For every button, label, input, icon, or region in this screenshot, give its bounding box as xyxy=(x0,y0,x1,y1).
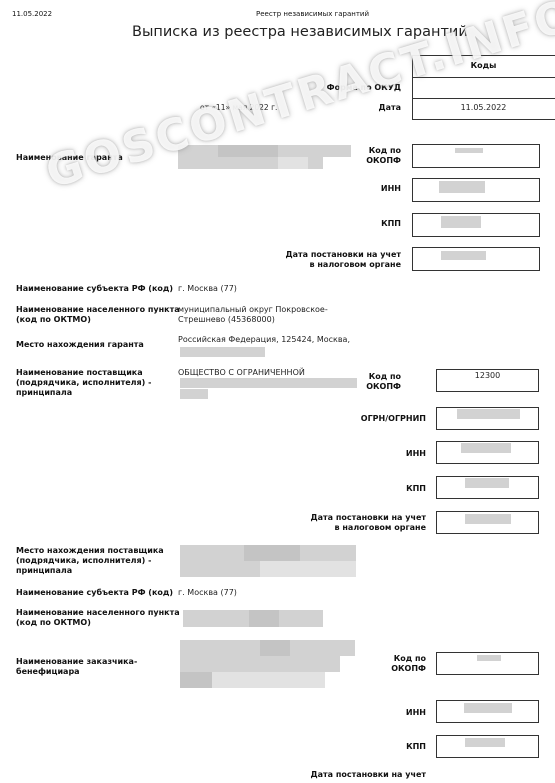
print-date: 11.05.2022 xyxy=(12,10,52,18)
supplier-locality-redacted xyxy=(183,610,323,627)
locality-label-line-2: (код по ОКТМО) xyxy=(16,315,180,325)
guarantor-okopf-label: Код по ОКОПФ xyxy=(340,146,401,166)
supplier-inn-box xyxy=(436,441,539,464)
tax-reg-label-line-1: Дата постановки на учет xyxy=(250,513,426,523)
supplier-name-label: Наименование поставщика (подрядчика, исп… xyxy=(16,368,151,398)
locality-label-line-1: Наименование населенного пункта xyxy=(16,305,180,315)
supplier-tax-reg-label: Дата постановки на учет в налоговом орга… xyxy=(250,513,426,533)
beneficiary-kpp-label: КПП xyxy=(300,742,426,752)
supplier-address-label: Место нахождения поставщика (подрядчика,… xyxy=(16,546,164,576)
okopf-label-text: Код по ОКОПФ xyxy=(361,372,401,392)
supplier-address-redacted xyxy=(180,545,356,577)
guarantor-address-value: Российская Федерация, 125424, Москва, xyxy=(178,335,350,345)
beneficiary-name-label-line-1: Наименование заказчика- xyxy=(16,657,137,667)
supplier-name-redacted xyxy=(180,389,208,399)
beneficiary-name-redacted xyxy=(180,640,355,688)
supplier-subject-value: г. Москва (77) xyxy=(178,588,237,598)
supplier-name-label-line-2: (подрядчика, исполнителя) - xyxy=(16,378,151,388)
supplier-name-label-line-1: Наименование поставщика xyxy=(16,368,151,378)
registry-name: Реестр независимых гарантий xyxy=(256,10,369,18)
beneficiary-kpp-box xyxy=(436,735,539,758)
supplier-subject-label: Наименование субъекта РФ (код) xyxy=(16,588,173,598)
supplier-address-label-line-2: (подрядчика, исполнителя) - xyxy=(16,556,164,566)
supplier-name-label-line-3: принципала xyxy=(16,388,151,398)
beneficiary-name-label-line-2: бенефициара xyxy=(16,667,137,677)
guarantor-kpp-label: КПП xyxy=(340,219,401,229)
guarantor-subject-label: Наименование субъекта РФ (код) xyxy=(16,284,173,294)
beneficiary-inn-label: ИНН xyxy=(300,708,426,718)
supplier-ogrn-label: ОГРН/ОГРНИП xyxy=(300,414,426,424)
okopf-label-text: Код по ОКОПФ xyxy=(361,146,401,166)
guarantor-locality-value: муниципальный округ Покровское- Стрешнев… xyxy=(178,305,328,325)
guarantor-address-label: Место нахождения гаранта xyxy=(16,340,144,350)
tax-reg-label-line-2: в налоговом органе xyxy=(250,260,401,270)
supplier-inn-label: ИНН xyxy=(300,449,426,459)
supplier-address-label-line-3: принципала xyxy=(16,566,164,576)
codes-table-divider xyxy=(412,98,555,99)
guarantor-kpp-box xyxy=(412,213,540,237)
guarantor-tax-reg-box xyxy=(412,247,540,271)
guarantor-subject-value: г. Москва (77) xyxy=(178,284,237,294)
locality-label-line-1: Наименование населенного пункта xyxy=(16,608,180,618)
guarantor-tax-reg-label: Дата постановки на учет в налоговом орга… xyxy=(250,250,401,270)
supplier-kpp-label: КПП xyxy=(300,484,426,494)
beneficiary-inn-box xyxy=(436,700,539,723)
supplier-address-label-line-1: Место нахождения поставщика xyxy=(16,546,164,556)
supplier-name-redacted xyxy=(180,378,357,388)
codes-table-bottom-border xyxy=(412,119,555,120)
tax-reg-label-line-2: в налоговом органе xyxy=(250,523,426,533)
beneficiary-name-label: Наименование заказчика- бенефициара xyxy=(16,657,137,677)
guarantor-inn-label: ИНН xyxy=(340,184,401,194)
date-value: 11.05.2022 xyxy=(412,103,555,113)
supplier-okopf-value: 12300 xyxy=(437,370,538,382)
guarantor-locality-label: Наименование населенного пункта (код по … xyxy=(16,305,180,325)
locality-value-line-2: Стрешнево (45368000) xyxy=(178,315,328,325)
beneficiary-tax-reg-label: Дата постановки на учет xyxy=(250,770,426,780)
guarantor-address-redacted xyxy=(180,347,265,357)
locality-label-line-2: (код по ОКТМО) xyxy=(16,618,180,628)
supplier-kpp-box xyxy=(436,476,539,499)
supplier-okopf-label: Код по ОКОПФ xyxy=(340,372,401,392)
supplier-okopf-box: 12300 xyxy=(436,369,539,392)
supplier-locality-label: Наименование населенного пункта (код по … xyxy=(16,608,180,628)
guarantor-inn-box xyxy=(412,178,540,202)
supplier-name-value: ОБЩЕСТВО С ОГРАНИЧЕННОЙ xyxy=(178,368,305,378)
tax-reg-label-line-1: Дата постановки на учет xyxy=(250,250,401,260)
okopf-label-text: Код по ОКОПФ xyxy=(386,654,426,674)
supplier-ogrn-box xyxy=(436,407,539,430)
supplier-tax-reg-box xyxy=(436,511,539,534)
locality-value-line-1: муниципальный округ Покровское- xyxy=(178,305,328,315)
beneficiary-okopf-box xyxy=(436,652,539,675)
beneficiary-okopf-label: Код по ОКОПФ xyxy=(340,654,426,674)
guarantor-okopf-box xyxy=(412,144,540,168)
